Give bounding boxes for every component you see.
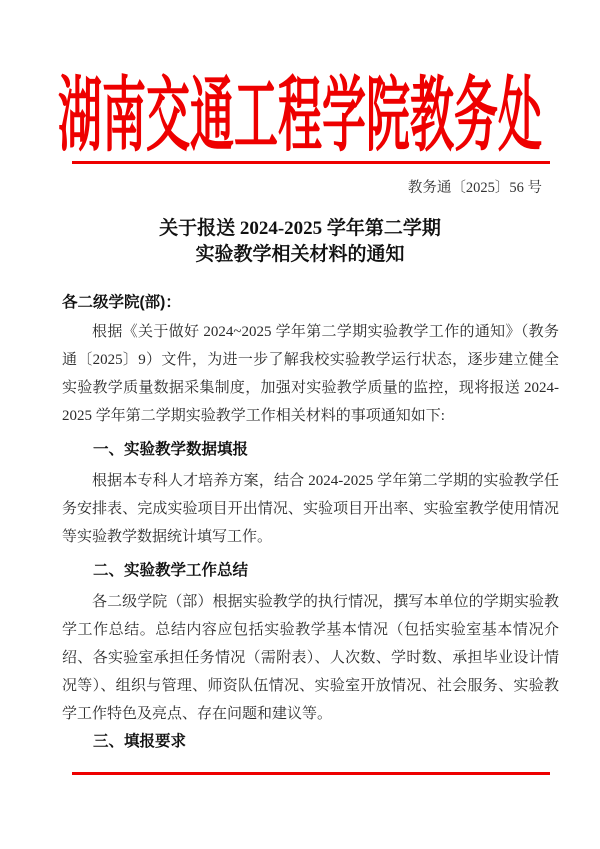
- notice-title-line2: 实验教学相关材料的通知: [195, 244, 404, 265]
- notice-title-line1: 关于报送 2024-2025 学年第二学期: [159, 218, 441, 239]
- section-2-paragraph: 各二级学院（部）根据实验教学的执行情况，撰写本单位的学期实验教学工作总结。总结内…: [62, 588, 559, 728]
- salutation: 各二级学院(部)：: [62, 292, 559, 314]
- notice-title: 关于报送 2024-2025 学年第二学期实验教学相关材料的通知: [0, 216, 600, 268]
- notice-page: 湖南交通工程学院教务处 教务通〔2025〕56 号 关于报送 2024-2025…: [0, 0, 600, 849]
- masthead-title: 湖南交通工程学院教务处: [0, 76, 600, 157]
- doc-number: 教务通〔2025〕56 号: [62, 180, 542, 197]
- footer-divider: [72, 772, 550, 775]
- section-1-heading: 一、实验教学数据填报: [62, 439, 559, 461]
- section-2-heading: 二、实验教学工作总结: [62, 560, 559, 582]
- section-1-paragraph: 根据本专科人才培养方案，结合 2024-2025 学年第二学期的实验教学任务安排…: [62, 467, 559, 551]
- masthead-divider: [72, 161, 550, 164]
- section-3-heading: 三、填报要求: [62, 731, 559, 753]
- notice-body: 各二级学院(部)： 根据《关于做好 2024~2025 学年第二学期实验教学工作…: [62, 292, 559, 753]
- intro-paragraph: 根据《关于做好 2024~2025 学年第二学期实验教学工作的通知》（教务通〔2…: [62, 318, 559, 430]
